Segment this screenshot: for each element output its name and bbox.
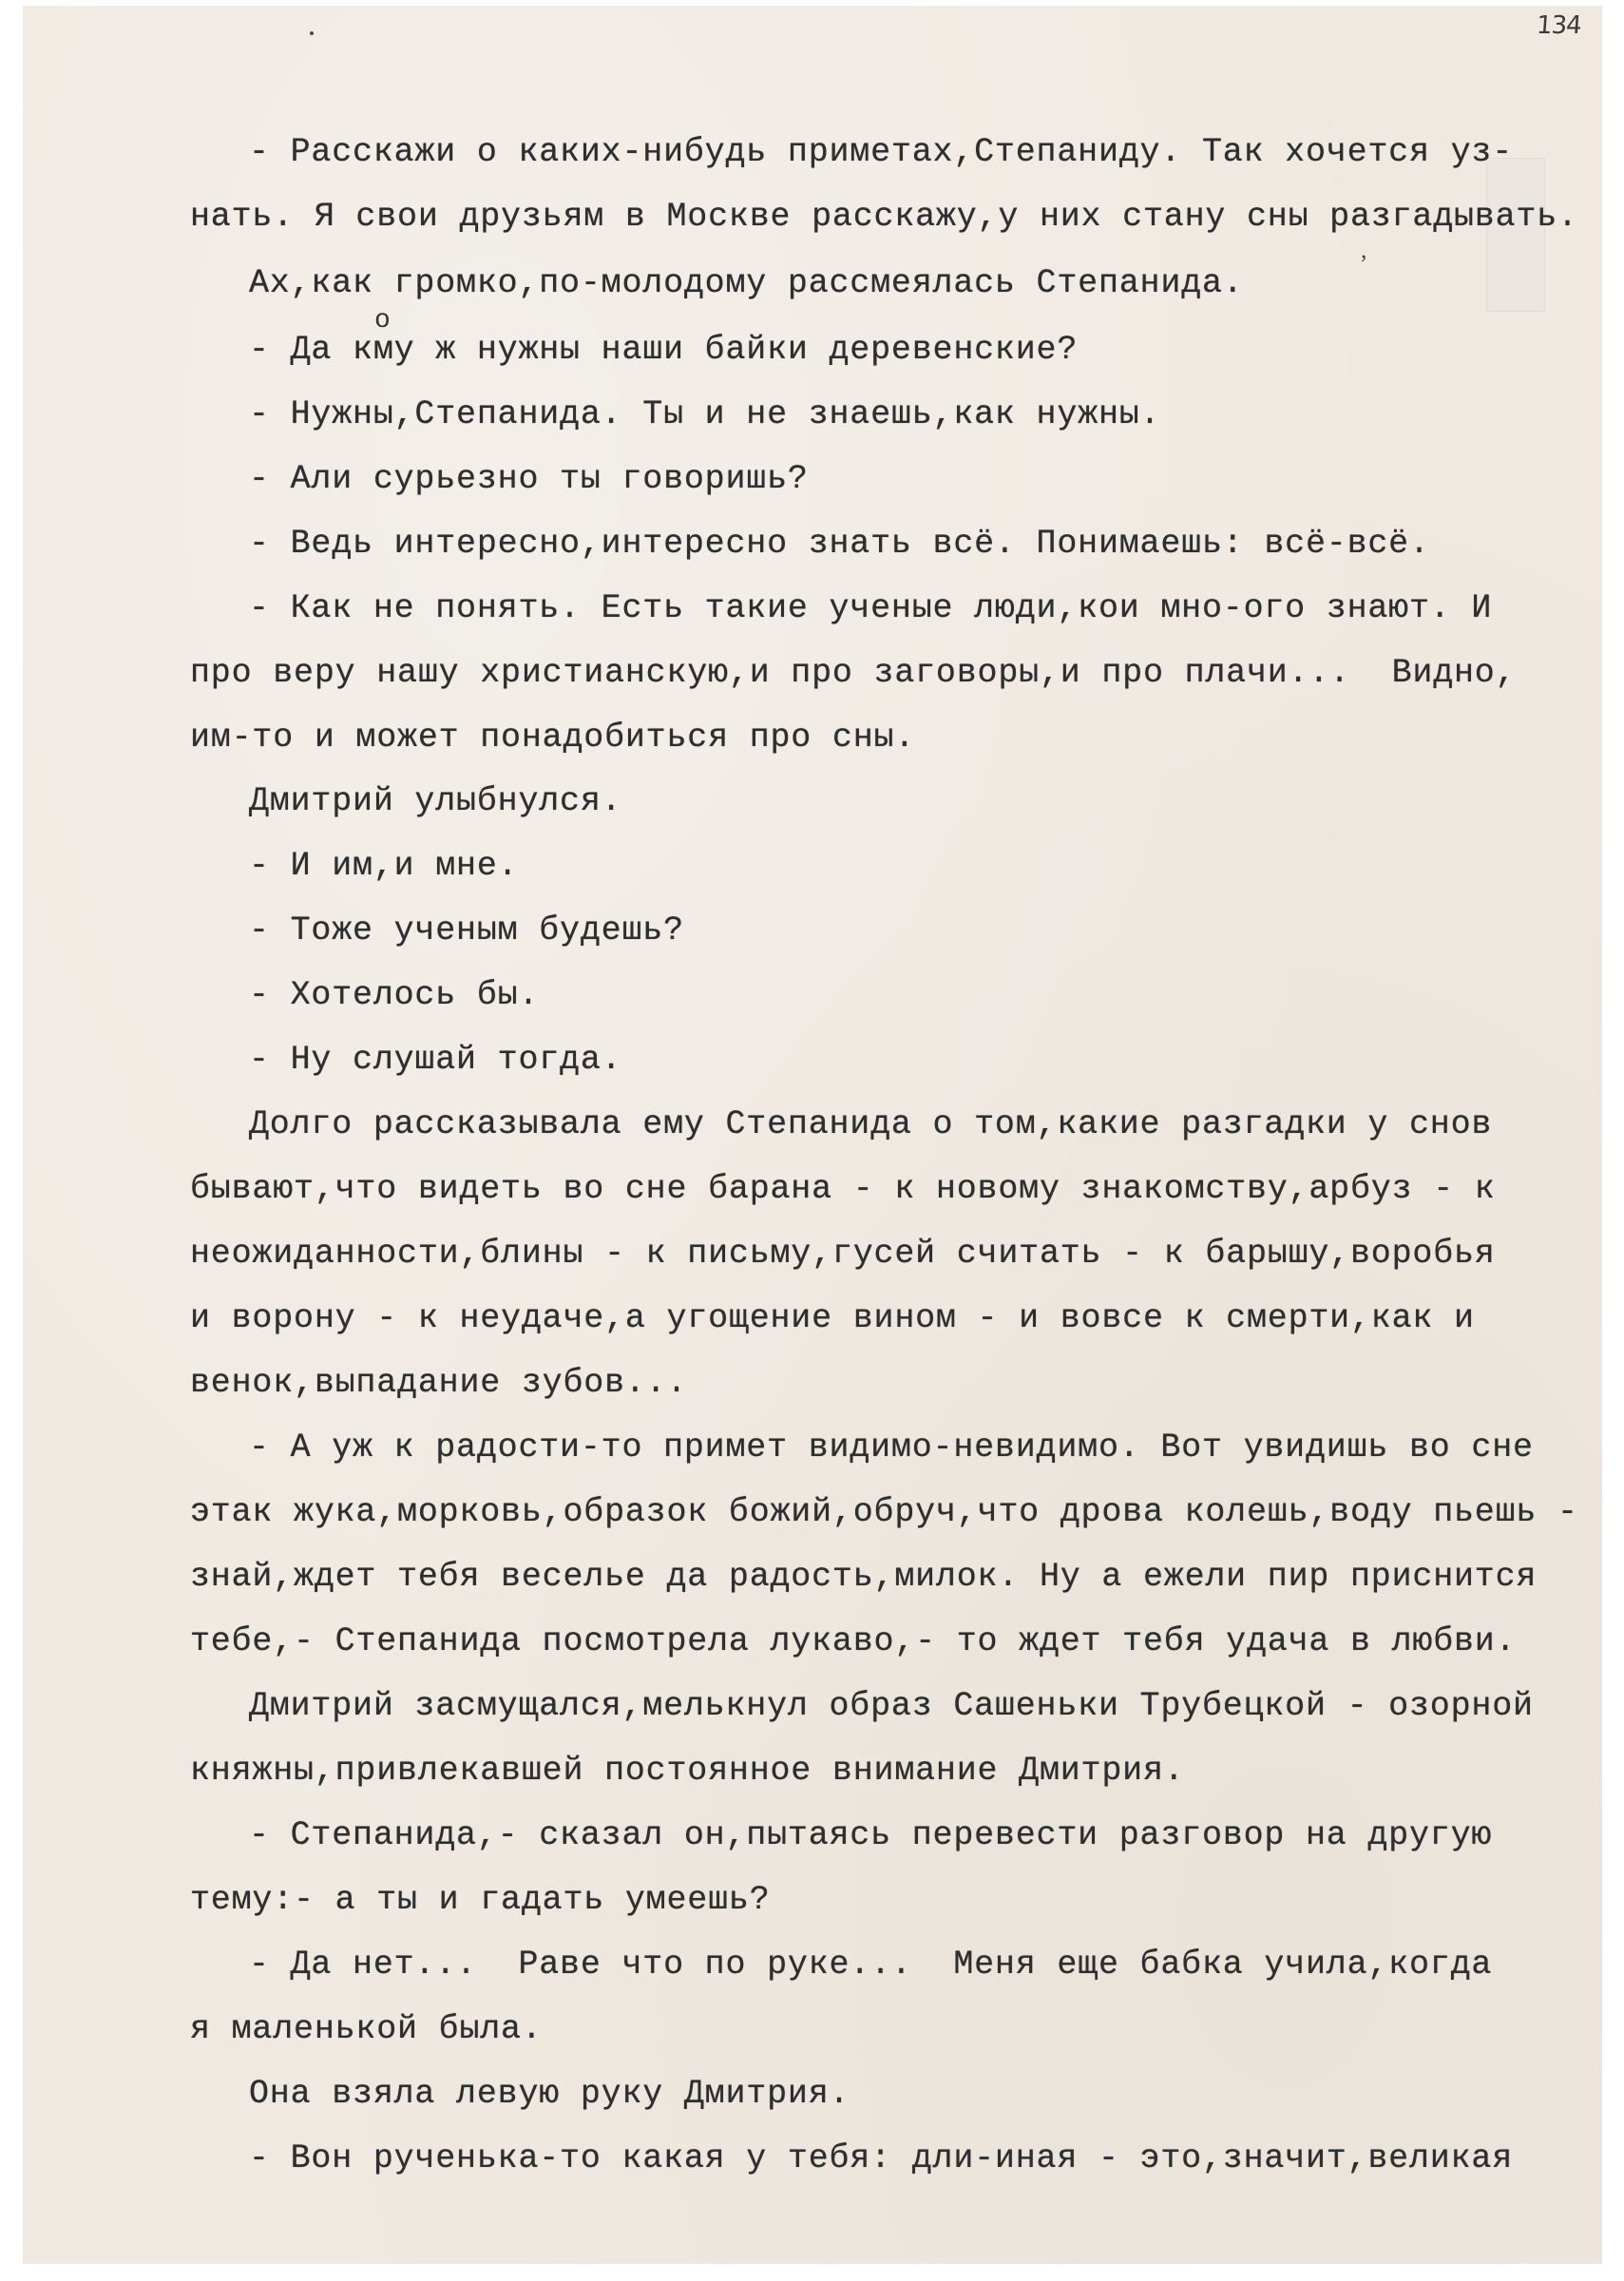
- text-line: нать. Я свои друзьям в Москве расскажу,у…: [190, 198, 1578, 236]
- text-line: - Да кму ж нужны наши байки деревенские?: [249, 331, 1078, 369]
- text-line: - Вон рученька-то какая у тебя: дли-иная…: [249, 2139, 1513, 2177]
- text-line: - Хотелось бы.: [249, 976, 539, 1014]
- text-line: Она взяла левую руку Дмитрия.: [249, 2075, 850, 2113]
- text-line: и ворону - к неудаче,а угощение вином - …: [190, 1299, 1475, 1337]
- text-line: бывают,что видеть во сне барана - к ново…: [190, 1170, 1496, 1208]
- text-line: - Али сурьезно ты говоришь?: [249, 460, 809, 498]
- text-line: Дмитрий улыбнулся.: [249, 782, 621, 820]
- text-line: знай,ждет тебя веселье да радость,милок.…: [190, 1558, 1537, 1596]
- text-line: им-то и может понадобиться про сны.: [190, 719, 915, 757]
- text-line: - А уж к радости-то примет видимо-невиди…: [249, 1428, 1534, 1466]
- text-line: Дмитрий засмущался,мелькнул образ Сашень…: [249, 1687, 1534, 1725]
- text-line: этак жука,морковь,образок божий,обруч,чт…: [190, 1493, 1578, 1531]
- text-line: - Да нет... Раве что по руке... Меня еще…: [249, 1946, 1492, 1984]
- margin-comma-mark: ,: [1361, 236, 1367, 264]
- text-line: я маленькой была.: [190, 2010, 543, 2048]
- text-line: про веру нашу христианскую,и про заговор…: [190, 654, 1516, 692]
- text-line: - Тоже ученым будешь?: [249, 911, 684, 949]
- text-line: Долго рассказывала ему Степанида о том,к…: [249, 1105, 1492, 1143]
- text-line: неожиданности,блины - к письму,гусей счи…: [190, 1235, 1496, 1273]
- text-line: - Расскажи о каких-нибудь приметах,Степа…: [249, 133, 1513, 171]
- text-line: - Ведь интересно,интересно знать всё. По…: [249, 525, 1430, 563]
- text-line: - Ну слушай тогда.: [249, 1041, 621, 1079]
- text-line: - Как не понять. Есть такие ученые люди,…: [249, 589, 1492, 627]
- page-number: 134: [1536, 11, 1582, 40]
- text-line: княжны,привлекавшей постоянное внимание …: [190, 1752, 1185, 1790]
- ink-speck: [310, 31, 314, 35]
- text-line: - Степанида,- сказал он,пытаясь перевест…: [249, 1816, 1492, 1854]
- text-line: - Нужны,Степанида. Ты и не знаешь,как ну…: [249, 395, 1160, 433]
- text-line: венок,выпадание зубов...: [190, 1364, 687, 1402]
- text-line: Ах,как громко,по-молодому рассмеялась Ст…: [249, 264, 1244, 302]
- text-line: тему:- а ты и гадать умеешь?: [190, 1881, 771, 1919]
- text-line: - И им,и мне.: [249, 847, 518, 885]
- text-line: тебе,- Степанида посмотрела лукаво,- то …: [190, 1622, 1516, 1660]
